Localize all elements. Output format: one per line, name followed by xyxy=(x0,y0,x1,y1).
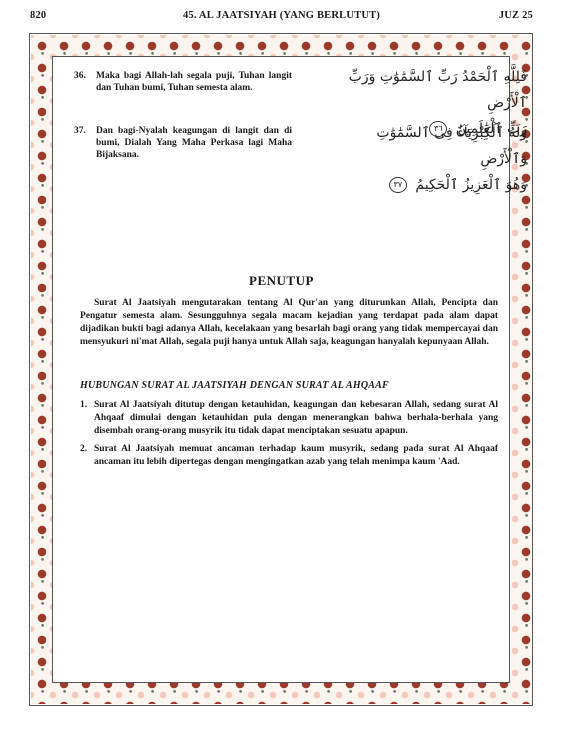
arabic-line: وَهُوَ ٱلْعَزِيزُ ٱلْحَكِيمُ ٣٧ xyxy=(327,172,527,198)
arabic-line: وَلَهُ ٱلْكِبْرِيَآءُ فِى ٱلسَّمَٰوَٰتِ … xyxy=(327,120,527,172)
chapter-title: 45. AL JAATSIYAH (YANG BERLUTUT) xyxy=(30,10,533,21)
juz-label: JUZ 25 xyxy=(499,10,533,21)
list-item-number: 1. xyxy=(80,399,87,412)
list-item-text: Surat Al Jaatsiyah memuat ancaman terhad… xyxy=(94,443,498,469)
list-item-number: 2. xyxy=(80,443,87,456)
list-item-text: Surat Al Jaatsiyah ditutup dengan ketauh… xyxy=(94,399,498,438)
penutup-paragraph: Surat Al Jaatsiyah mengutarakan tentang … xyxy=(80,297,498,349)
section-heading-hubungan: HUBUNGAN SURAT AL JAATSIYAH DENGAN SURAT… xyxy=(80,380,389,391)
arabic-line: فَلِلَّهِ ٱلْحَمْدُ رَبِّ ٱلسَّمَٰوَٰتِ … xyxy=(327,64,527,116)
section-title-penutup: PENUTUP xyxy=(0,273,563,289)
running-header: 820 45. AL JAATSIYAH (YANG BERLUTUT) JUZ… xyxy=(30,10,533,26)
verse-translation: Dan bagi-Nyalah keagungan di langit dan … xyxy=(96,125,292,161)
arabic-verse-37: وَلَهُ ٱلْكِبْرِيَآءُ فِى ٱلسَّمَٰوَٰتِ … xyxy=(327,120,527,198)
ayah-marker-icon: ٣٧ xyxy=(389,177,407,193)
verse-translation: Maka bagi Allah-lah segala puji, Tuhan l… xyxy=(96,70,292,94)
verse-number: 37. xyxy=(74,125,86,137)
verse-number: 36. xyxy=(74,70,86,82)
